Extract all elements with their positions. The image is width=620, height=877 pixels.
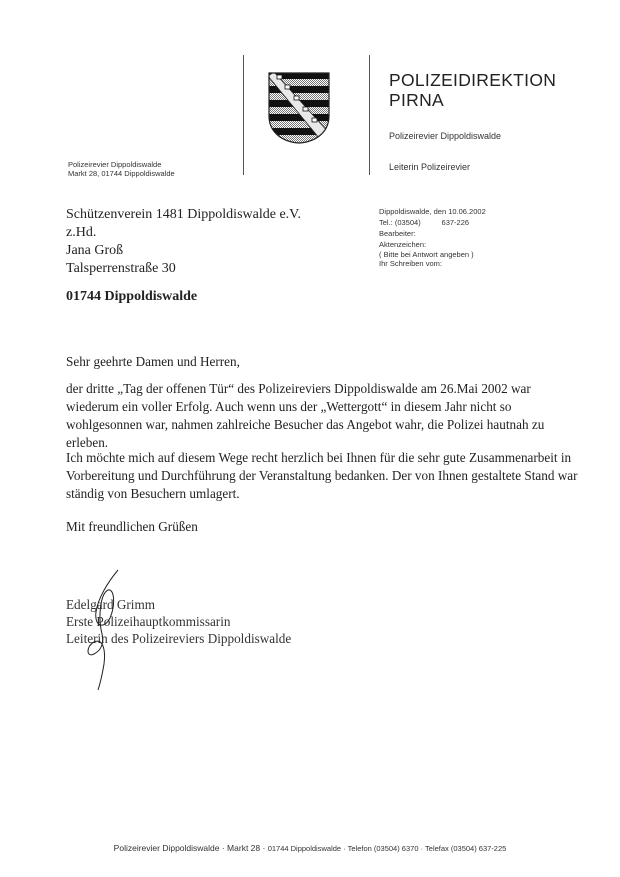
footer-contact-line: Polizeirevier Dippoldiswalde · Markt 28 …	[0, 843, 620, 853]
bearbeiter-label: Bearbeiter:	[379, 228, 486, 239]
recipient-city: 01744 Dippoldiswalde	[66, 288, 301, 306]
body-paragraph-2: Ich möchte mich auf diesem Wege recht he…	[66, 449, 586, 503]
org-title-line-1: POLIZEIDIREKTION	[389, 70, 556, 90]
telephone: Tel.: (03504) 637-226	[379, 217, 486, 228]
org-title: POLIZEIDIREKTION PIRNA	[389, 70, 556, 110]
recipient-line: Schützenverein 1481 Dippoldiswalde e.V.	[66, 206, 301, 224]
org-subtitle-station: Polizeirevier Dippoldiswalde	[389, 131, 501, 141]
recipient-line: Talsperrenstraße 30	[66, 260, 301, 278]
reference-block: Dippoldiswalde, den 10.06.2002 Tel.: (03…	[379, 206, 486, 268]
ihr-schreiben-label: Ihr Schreiben vom:	[379, 259, 486, 268]
body-paragraph-1: der dritte „Tag der offenen Tür“ des Pol…	[66, 380, 586, 452]
recipient-line: Jana Groß	[66, 242, 301, 260]
reference-hint: ( Bitte bei Antwort angeben )	[379, 250, 486, 259]
sender-line-1: Polizeirevier Dippoldiswalde	[68, 160, 175, 169]
salutation: Sehr geehrte Damen und Herren,	[66, 353, 586, 371]
saxony-coat-of-arms-icon	[268, 72, 330, 144]
sender-return-address: Polizeirevier Dippoldiswalde Markt 28, 0…	[68, 160, 175, 178]
divider-left	[243, 55, 244, 175]
footer-address: Polizeirevier Dippoldiswalde · Markt 28 …	[114, 843, 268, 853]
aktenzeichen-label: Aktenzeichen:	[379, 239, 486, 250]
org-title-line-2: PIRNA	[389, 90, 556, 110]
handwritten-signature-icon	[80, 568, 140, 693]
recipient-line: z.Hd.	[66, 224, 301, 242]
divider-right	[369, 55, 370, 175]
letter-date: Dippoldiswalde, den 10.06.2002	[379, 206, 486, 217]
sender-line-2: Markt 28, 01744 Dippoldiswalde	[68, 169, 175, 178]
org-subtitle-role: Leiterin Polizeirevier	[389, 162, 470, 172]
footer-phone-fax: 01744 Dippoldiswalde · Telefon (03504) 6…	[268, 844, 507, 853]
recipient-address: Schützenverein 1481 Dippoldiswalde e.V. …	[66, 206, 301, 306]
closing: Mit freundlichen Grüßen	[66, 518, 586, 536]
